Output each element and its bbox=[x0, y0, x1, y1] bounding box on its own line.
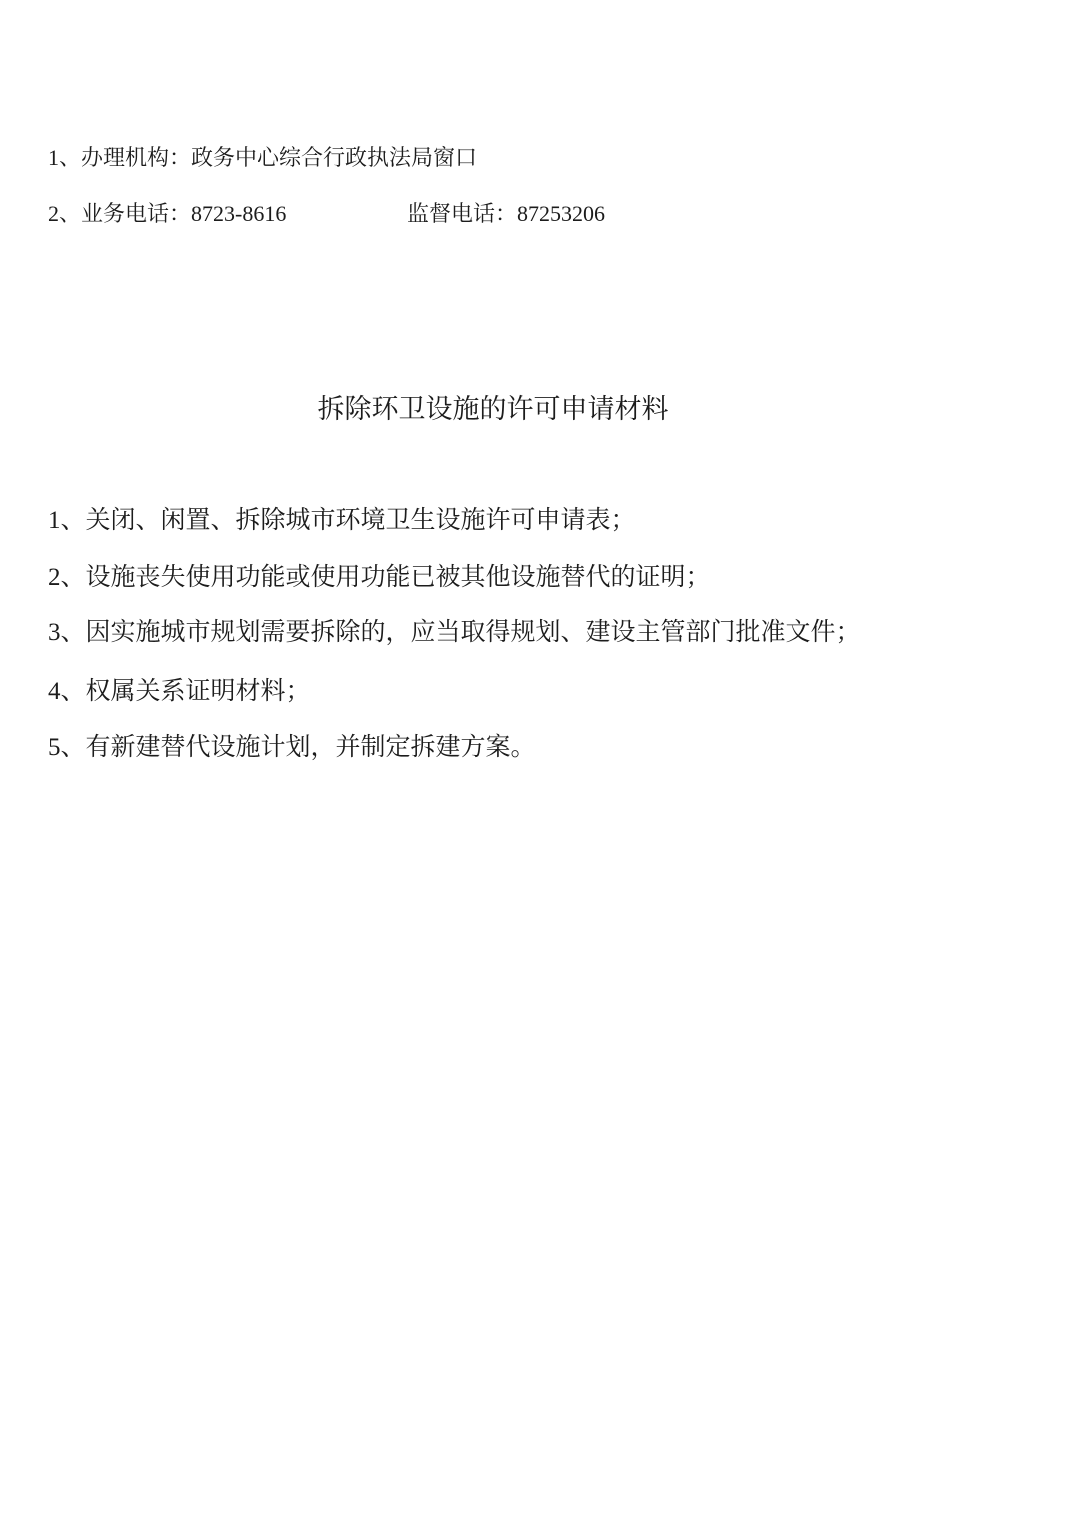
business-phone-number: 8723-8616 bbox=[191, 201, 286, 226]
info-line-phones: 2、业务电话：8723-8616 监督电话：87253206 bbox=[48, 199, 938, 229]
supervision-phone-number: 87253206 bbox=[517, 201, 605, 226]
document-page: 1、办理机构：政务中心综合行政执法局窗口 2、业务电话：8723-8616 监督… bbox=[0, 0, 1074, 1520]
list-item: 5、有新建替代设施计划，并制定拆建方案。 bbox=[48, 731, 536, 764]
supervision-phone-label: 监督电话： bbox=[407, 201, 517, 226]
list-item: 3、因实施城市规划需要拆除的，应当取得规划、建设主管部门批准文件； bbox=[48, 616, 861, 649]
list-item: 2、设施丧失使用功能或使用功能已被其他设施替代的证明； bbox=[48, 561, 711, 594]
supervision-phone: 监督电话：87253206 bbox=[407, 199, 605, 229]
section-title: 拆除环卫设施的许可申请材料 bbox=[48, 391, 938, 427]
business-phone-label: 业务电话： bbox=[81, 201, 191, 226]
phones-item-number: 2、 bbox=[48, 201, 81, 226]
business-phone: 2、业务电话：8723-8616 bbox=[48, 201, 286, 226]
list-item: 4、权属关系证明材料； bbox=[48, 675, 311, 708]
list-item: 1、关闭、闲置、拆除城市环境卫生设施许可申请表； bbox=[48, 504, 636, 537]
agency-item-number: 1、 bbox=[48, 145, 81, 170]
info-line-agency: 1、办理机构：政务中心综合行政执法局窗口 bbox=[48, 143, 938, 173]
agency-label: 办理机构： bbox=[81, 145, 191, 170]
agency-value: 政务中心综合行政执法局窗口 bbox=[191, 145, 477, 170]
